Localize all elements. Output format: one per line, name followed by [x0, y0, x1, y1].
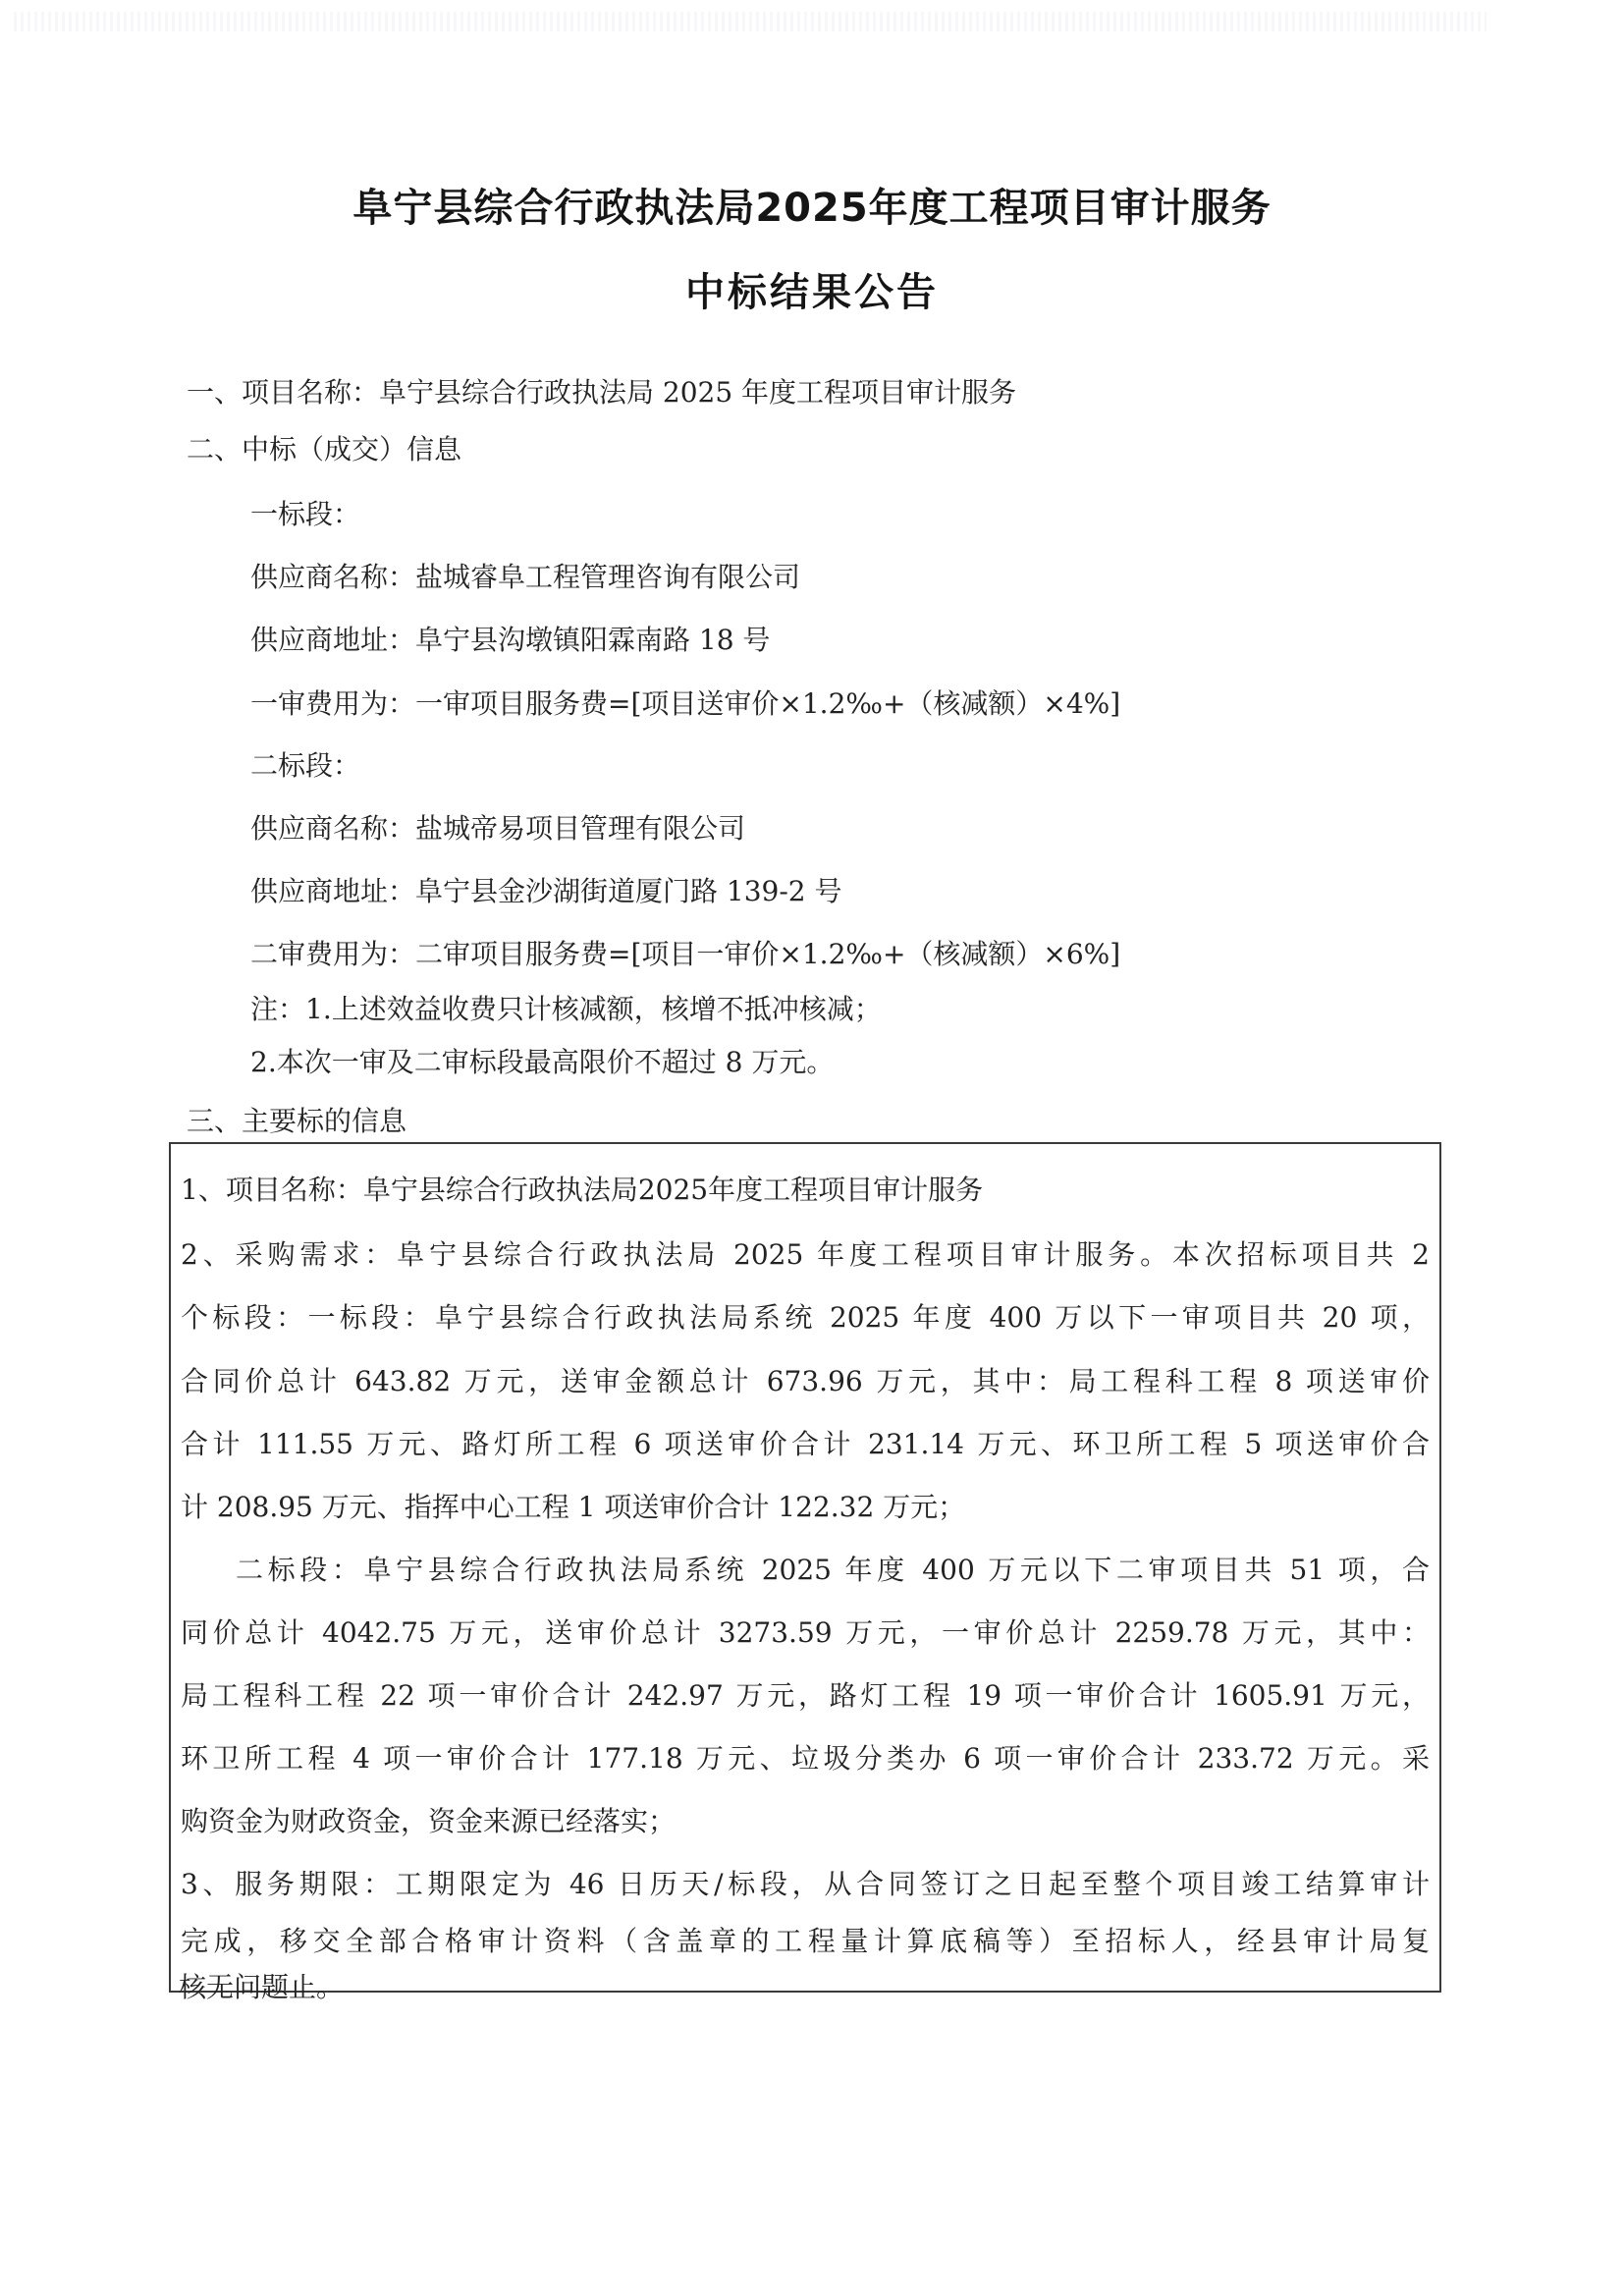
box-line: 计 208.95 万元、指挥中心工程 1 项送审价合计 122.32 万元；: [181, 1491, 965, 1524]
box-line: 同价总计 4042.75 万元，送审价总计 3273.59 万元，一审价总计 2…: [181, 1616, 1430, 1650]
lot1-fee-formula: 一审费用为：一审项目服务费=[项目送审价×1.2‰+（核减额）×4%]: [250, 687, 1120, 721]
box-line: 完成，移交全部合格审计资料（含盖章的工程量计算底稿等）至招标人，经县审计局复: [181, 1925, 1430, 1958]
lot1-supplier-name: 供应商名称：盐城睿阜工程管理咨询有限公司: [250, 561, 800, 594]
note-1: 注：1.上述效益收费只计核减额，核增不抵冲核减；: [250, 993, 882, 1026]
lot2-supplier-address: 供应商地址：阜宁县金沙湖街道厦门路 139-2 号: [250, 875, 842, 908]
lot1-supplier-address: 供应商地址：阜宁县沟墩镇阳霖南路 18 号: [250, 624, 770, 657]
scan-artifact: [14, 12, 1487, 31]
section-1-project-name: 一、项目名称：阜宁县综合行政执法局 2025 年度工程项目审计服务: [187, 376, 1016, 410]
box-line: 购资金为财政资金，资金来源已经落实；: [181, 1805, 676, 1838]
box-line: 合同价总计 643.82 万元，送审金额总计 673.96 万元，其中：局工程科…: [181, 1365, 1430, 1398]
box-line-service-period: 3、服务期限：工期限定为 46 日历天/标段，从合同签订之日起至整个项目竣工结算…: [181, 1868, 1430, 1901]
box-line-final: 核无问题止。: [179, 1971, 344, 2004]
box-line: 环卫所工程 4 项一审价合计 177.18 万元、垃圾分类办 6 项一审价合计 …: [181, 1742, 1430, 1776]
box-line: 个标段：一标段：阜宁县综合行政执法局系统 2025 年度 400 万以下一审项目…: [181, 1301, 1430, 1335]
lot2-supplier-name: 供应商名称：盐城帝易项目管理有限公司: [250, 812, 745, 846]
note-2: 2.本次一审及二审标段最高限价不超过 8 万元。: [250, 1046, 834, 1079]
box-line: 2、采购需求：阜宁县综合行政执法局 2025 年度工程项目审计服务。本次招标项目…: [181, 1238, 1430, 1272]
document-subtitle: 中标结果公告: [0, 261, 1624, 317]
section-3-heading: 三、主要标的信息: [187, 1105, 406, 1138]
document-title: 阜宁县综合行政执法局2025年度工程项目审计服务: [0, 177, 1624, 233]
lot1-label: 一标段：: [250, 498, 360, 531]
main-subject-info-box: 1、项目名称：阜宁县综合行政执法局2025年度工程项目审计服务 2、采购需求：阜…: [169, 1142, 1441, 1993]
box-line: 局工程科工程 22 项一审价合计 242.97 万元，路灯工程 19 项一审价合…: [181, 1679, 1430, 1713]
section-2-heading: 二、中标（成交）信息: [187, 433, 461, 466]
box-line-project-name: 1、项目名称：阜宁县综合行政执法局2025年度工程项目审计服务: [181, 1174, 983, 1207]
box-line-lot2: 二标段：阜宁县综合行政执法局系统 2025 年度 400 万元以下二审项目共 5…: [236, 1554, 1430, 1587]
lot2-fee-formula: 二审费用为：二审项目服务费=[项目一审价×1.2‰+（核减额）×6%]: [250, 938, 1120, 971]
lot2-label: 二标段：: [250, 749, 360, 783]
box-line: 合计 111.55 万元、路灯所工程 6 项送审价合计 231.14 万元、环卫…: [181, 1428, 1430, 1461]
